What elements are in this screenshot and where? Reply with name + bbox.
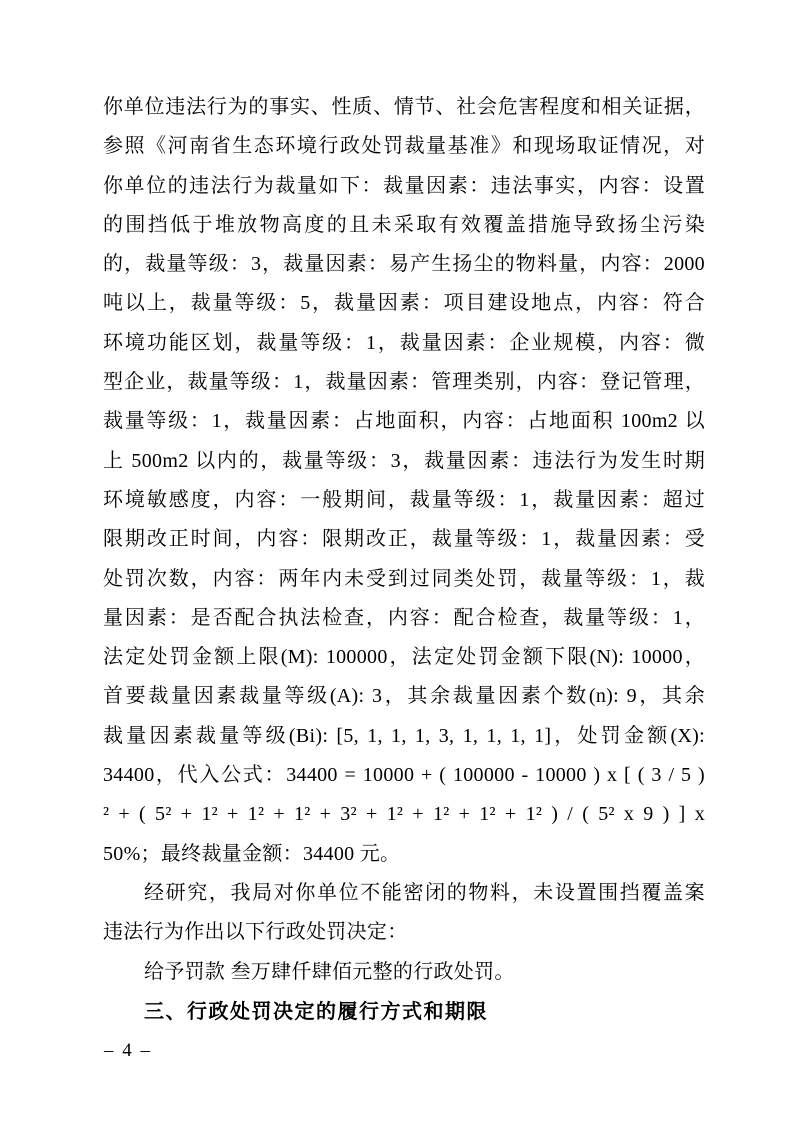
body-text-line: 你单位违法行为的事实、性质、情节、社会危害程度和相关证据， bbox=[103, 88, 705, 127]
document-body: 你单位违法行为的事实、性质、情节、社会危害程度和相关证据， 参照《河南省生态环境… bbox=[103, 88, 705, 1031]
body-text-line: 参照《河南省生态环境行政处罚裁量基准》和现场取证情况，对 bbox=[103, 127, 705, 166]
body-text-line: 的，裁量等级：3，裁量因素：易产生扬尘的物料量，内容：2000 bbox=[103, 245, 705, 284]
body-text-line: 上 500m2 以内的，裁量等级：3，裁量因素：违法行为发生时期 bbox=[103, 442, 705, 481]
body-text-line: 裁量因素裁量等级(Bi): [5, 1, 1, 1, 3, 1, 1, 1, 1… bbox=[103, 717, 705, 756]
body-text-line: 限期改正时间，内容：限期改正，裁量等级：1，裁量因素：受 bbox=[103, 520, 705, 559]
body-text-line: 环境功能区划，裁量等级：1，裁量因素：企业规模，内容：微 bbox=[103, 324, 705, 363]
body-text-line: 型企业，裁量等级：1，裁量因素：管理类别，内容：登记管理， bbox=[103, 363, 705, 402]
body-text-line: 吨以上，裁量等级：5，裁量因素：项目建设地点，内容：符合 bbox=[103, 284, 705, 323]
body-text-line: 你单位的违法行为裁量如下：裁量因素：违法事实，内容：设置 bbox=[103, 167, 705, 206]
body-text-line: 裁量等级：1，裁量因素：占地面积，内容：占地面积 100m2 以 bbox=[103, 402, 705, 441]
page-number: – 4 – bbox=[104, 1040, 152, 1062]
formula-line: 34400，代入公式：34400 = 10000 + ( 100000 - 10… bbox=[103, 756, 705, 795]
body-text-line: 经研究，我局对你单位不能密闭的物料，未设置围挡覆盖案 bbox=[103, 874, 705, 913]
body-text-line: 法定处罚金额上限(M): 100000，法定处罚金额下限(N): 10000， bbox=[103, 638, 705, 677]
body-text-line: 首要裁量因素裁量等级(A): 3，其余裁量因素个数(n): 9，其余 bbox=[103, 677, 705, 716]
body-text-line: 50%；最终裁量金额：34400 元。 bbox=[103, 835, 705, 874]
document-page: 你单位违法行为的事实、性质、情节、社会危害程度和相关证据， 参照《河南省生态环境… bbox=[0, 0, 793, 1122]
body-text-line: 处罚次数，内容：两年内未受到过同类处罚，裁量等级：1，裁 bbox=[103, 560, 705, 599]
body-text-line: 违法行为作出以下行政处罚决定： bbox=[103, 913, 705, 952]
body-text-line: 环境敏感度，内容：一般期间，裁量等级：1，裁量因素：超过 bbox=[103, 481, 705, 520]
formula-line: ² + ( 5² + 1² + 1² + 1² + 3² + 1² + 1² +… bbox=[103, 795, 705, 834]
penalty-decision-line: 给予罚款 叁万肆仟肆佰元整的行政处罚。 bbox=[103, 953, 705, 992]
section-heading: 三、行政处罚决定的履行方式和期限 bbox=[103, 992, 705, 1031]
body-text-line: 量因素：是否配合执法检查，内容：配合检查，裁量等级：1， bbox=[103, 599, 705, 638]
body-text-line: 的围挡低于堆放物高度的且未采取有效覆盖措施导致扬尘污染 bbox=[103, 206, 705, 245]
